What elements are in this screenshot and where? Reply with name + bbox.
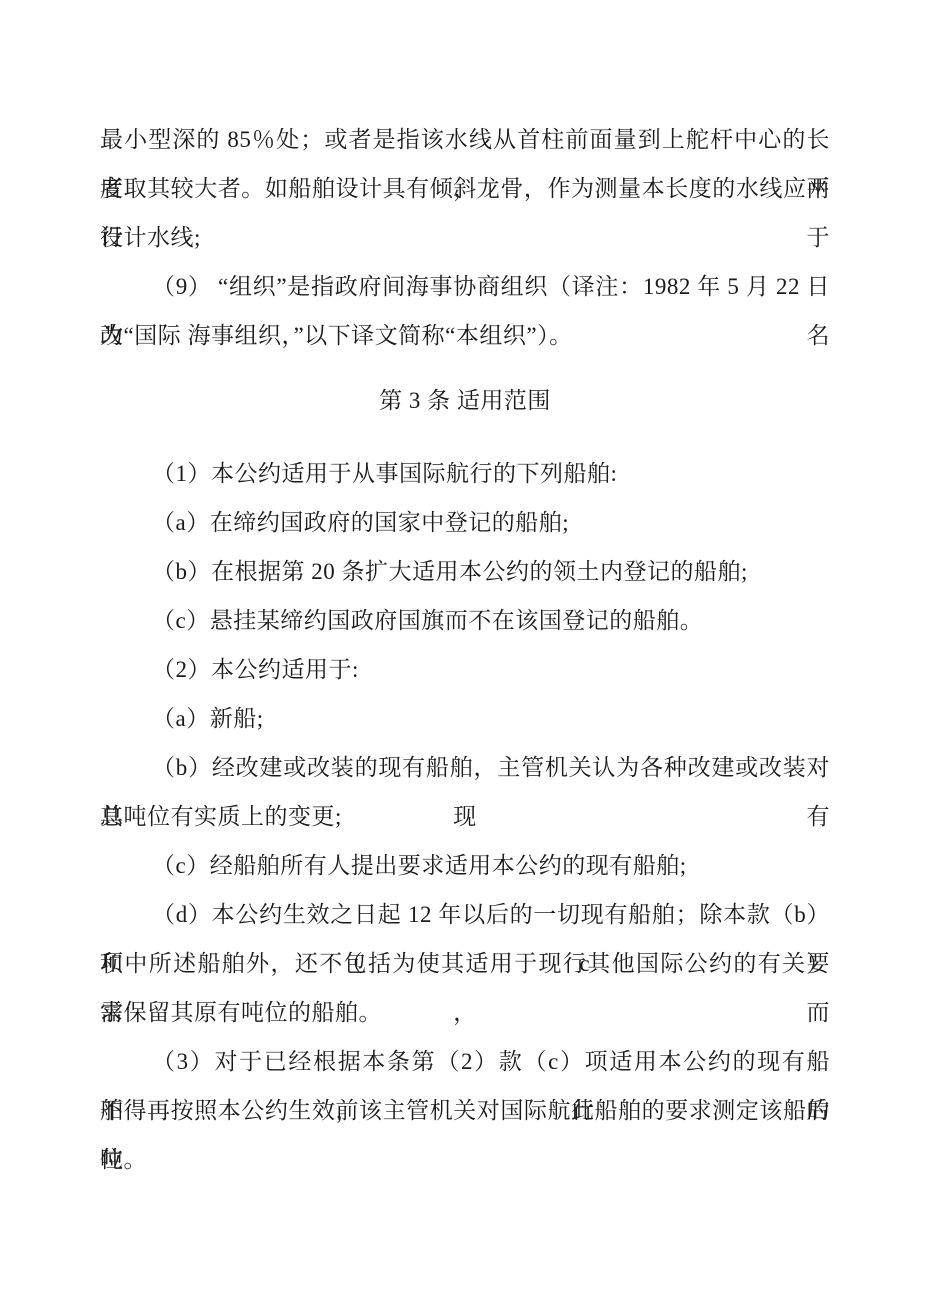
text-line: （1）本公约适用于从事国际航行的下列船舶: xyxy=(100,449,830,498)
text-line: （c）经船舶所有人提出要求适用本公约的现有船舶; xyxy=(100,841,830,890)
text-line: 位。 xyxy=(100,1135,830,1184)
text-line: 者取其较大者。如船舶设计具有倾斜龙骨，作为测量本长度的水线应平行于 xyxy=(100,164,830,213)
text-line: （b）经改建或改装的现有船舶，主管机关认为各种改建或改装对其现有 xyxy=(100,743,830,792)
text-line: 不得再按照本公约生效前该主管机关对国际航行船舶的要求测定该船的吨 xyxy=(100,1086,830,1135)
document-page: 最小型深的 85％处；或者是指该水线从首柱前面量到上舵杆中心的长度，两者取其较大… xyxy=(0,0,925,1309)
text-line: （a）新船; xyxy=(100,694,830,743)
text-line: （b）在根据第 20 条扩大适用本公约的领土内登记的船舶; xyxy=(100,547,830,596)
document-body: 最小型深的 85％处；或者是指该水线从首柱前面量到上舵杆中心的长度，两者取其较大… xyxy=(100,115,830,1184)
text-line: （9） “组织”是指政府间海事协商组织（译注：1982 年 5 月 22 日改名 xyxy=(100,262,830,311)
text-line: 最小型深的 85％处；或者是指该水线从首柱前面量到上舵杆中心的长度，两 xyxy=(100,115,830,164)
text-line: （3）对于已经根据本条第（2）款（c）项适用本公约的现有船舶，此后 xyxy=(100,1037,830,1086)
text-line: （c）悬挂某缔约国政府国旗而不在该国登记的船舶。 xyxy=(100,596,830,645)
text-line: （2）本公约适用于: xyxy=(100,645,830,694)
text-line: （d）本公约生效之日起 12 年以后的一切现有船舶；除本款（b）和（c） xyxy=(100,890,830,939)
text-line: （a）在缔约国政府的国家中登记的船舶; xyxy=(100,498,830,547)
section-heading: 第 3 条 适用范围 xyxy=(100,376,830,425)
text-line: 项中所述船舶外，还不包括为使其适用于现行其他国际公约的有关要求，而 xyxy=(100,939,830,988)
